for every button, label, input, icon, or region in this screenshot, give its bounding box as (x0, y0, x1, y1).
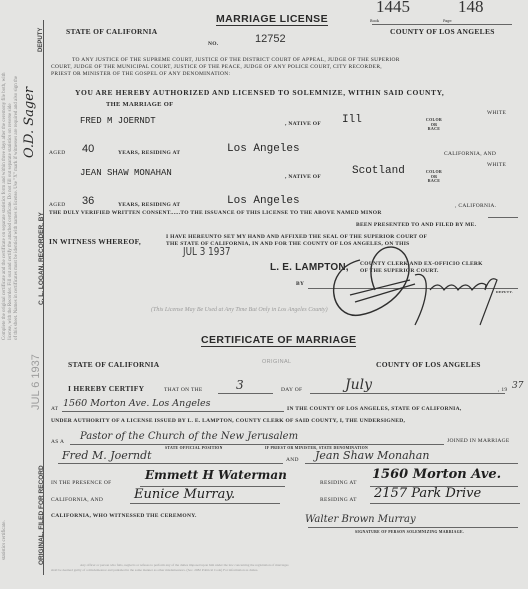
ceremony-month: July (345, 377, 372, 393)
certificate-county: COUNTY OF LOS ANGELES (376, 360, 481, 369)
groom-name: FRED M JOERNDT (80, 116, 156, 126)
address-line: TO ANY JUSTICE OF THE SUPREME COURT, JUS… (72, 57, 400, 63)
footer-note: shall be deemed guilty of a misdemeanor … (51, 568, 258, 572)
margin-instructions-line: of this sheet. Names in certificates mus… (14, 10, 20, 340)
certificate-original-label: ORIGINAL (262, 359, 291, 365)
bride-signature: Jean Shaw Monahan (315, 449, 429, 462)
witness2-residing-label: RESIDING AT (320, 497, 357, 503)
california-and-label: CALIFORNIA, AND (51, 497, 103, 503)
groom-native-label: , NATIVE OF (285, 121, 321, 127)
address-line: PRIEST OR MINISTER OF THE GOSPEL OF ANY … (51, 71, 230, 77)
consent-rule (488, 217, 518, 218)
license-county: COUNTY OF LOS ANGELES (390, 27, 495, 36)
groom-california-and: CALIFORNIA, AND (444, 151, 496, 157)
groom-residing-label: YEARS, RESIDING AT (118, 150, 180, 156)
margin-filed-date: JUL 6 1937 (30, 354, 42, 410)
bride-aged-label: AGED (49, 202, 65, 208)
ceremony-year: 37 (512, 381, 523, 391)
groom-aged-label: AGED (49, 150, 65, 156)
bride-native-label: , NATIVE OF (285, 174, 321, 180)
by-label: BY (296, 281, 304, 287)
at-label: AT (51, 406, 58, 412)
marriage-record-document: DEPUTY C. L. LOGAN, RECORDER, BY O.D. Sa… (0, 0, 528, 589)
marriage-of-label: THE MARRIAGE OF (106, 101, 173, 108)
witness1-name: Emmett H Waterman (145, 468, 287, 482)
footer-note: Any officer or person who fails, neglect… (80, 563, 289, 567)
month-line (310, 393, 505, 394)
groom-native-of: Ill (342, 114, 362, 126)
bride-residing-label: YEARS, RESIDING AT (118, 202, 180, 208)
consent-line: BEEN PRESENTED TO AND FILED BY ME. (356, 222, 476, 228)
position-line (70, 444, 444, 445)
place-line (62, 411, 284, 412)
in-county-text: IN THE COUNTY OF LOS ANGELES, STATE OF C… (287, 406, 462, 412)
certificate-title: CERTIFICATE OF MARRIAGE (201, 334, 356, 347)
witness2-address: 2157 Park Drive (374, 486, 481, 501)
margin-instructions-line: statistics certificate. (2, 520, 8, 560)
groom-signature: Fred M. Joerndt (62, 449, 152, 462)
witness1-residing-label: RESIDING AT (320, 480, 357, 486)
that-on-the-label: THAT ON THE (164, 387, 203, 393)
witness2-line (130, 503, 280, 504)
officiant-signature-caption: SIGNATURE OF PERSON SOLEMNIZING MARRIAGE… (355, 530, 464, 534)
witness2-address-line (370, 503, 520, 504)
margin-instructions: Complete the original certificate and th… (2, 10, 20, 340)
joined-in-marriage-label: JOINED IN MARRIAGE (447, 438, 510, 444)
authority-text: UNDER AUTHORITY OF A LICENSE ISSUED BY L… (51, 418, 405, 424)
ceremony-place: 1560 Morton Ave. Los Angeles (63, 398, 211, 409)
address-line: COURT, JUDGE OF THE MUNICIPAL COURT, JUS… (51, 64, 382, 70)
position-caption: STATE OFFICIAL POSITION (165, 446, 223, 450)
officiant-position: Pastor of the Church of the New Jerusale… (80, 431, 298, 442)
issue-date-stamp: JUL 3 1937 (183, 245, 231, 258)
deputy-signature-text: J. M. Goody (420, 272, 426, 273)
bride-signature-line (305, 463, 518, 464)
margin-recorder-initials: O.D. Sager (22, 87, 37, 158)
book-number: 1445 (376, 0, 410, 17)
license-no-label: NO. (208, 41, 219, 47)
bride-california: , CALIFORNIA. (455, 203, 496, 209)
as-a-label: AS A (51, 439, 64, 445)
year-prefix: , 19 (498, 387, 507, 393)
certify-label: I HEREBY CERTIFY (68, 384, 144, 393)
presence-label: IN THE PRESENCE OF (51, 480, 111, 486)
margin-recorder-label: C. L. LOGAN, RECORDER, BY (38, 212, 45, 305)
bride-color-label: COLOR OR RACE (425, 170, 443, 184)
bride-age: 36 (82, 195, 94, 207)
day-of-label: DAY OF (281, 387, 302, 393)
margin-instructions-lower: statistics certificate. (2, 520, 8, 560)
day-line (218, 393, 273, 394)
witnessed-ceremony-text: CALIFORNIA, WHO WITNESSED THE CEREMONY. (51, 513, 197, 519)
margin-deputy-label: DEPUTY (38, 28, 44, 52)
groom-race: WHITE (487, 110, 506, 116)
authorization-statement: YOU ARE HEREBY AUTHORIZED AND LICENSED T… (75, 88, 444, 97)
deputy-signature (320, 240, 520, 330)
bride-name: JEAN SHAW MONAHAN (80, 168, 172, 178)
witness2-name: Eunice Murray. (134, 487, 235, 502)
officiant-signature-line (308, 527, 518, 528)
consent-line: THE DULY VERIFIED WRITTEN CONSENT......T… (49, 210, 382, 216)
margin-filed-label: ORIGINAL, FILED FOR RECORD (38, 465, 45, 565)
page-number: 148 (458, 0, 484, 17)
groom-age: 40 (82, 143, 94, 155)
witness1-address: 1560 Morton Ave. (372, 467, 501, 482)
ceremony-day: 3 (236, 378, 244, 392)
page-label: Page (443, 19, 452, 23)
license-title: MARRIAGE LICENSE (216, 13, 328, 26)
certificate-state: STATE OF CALIFORNIA (68, 360, 159, 369)
bride-native-of: Scotland (352, 165, 405, 177)
license-usage-note: (This License May Be Used at Any Time Bu… (151, 307, 328, 313)
bride-residence: Los Angeles (227, 195, 300, 207)
groom-residence: Los Angeles (227, 143, 300, 155)
bride-race: WHITE (487, 162, 506, 168)
groom-color-label: COLOR OR RACE (425, 118, 443, 132)
groom-signature-line (58, 463, 283, 464)
license-state: STATE OF CALIFORNIA (66, 27, 157, 36)
book-page-rule (372, 24, 512, 25)
officiant-signature: Walter Brown Murray (305, 514, 416, 525)
and-label: AND (286, 457, 299, 463)
license-number: 12752 (255, 33, 286, 45)
witness-whereof-label: IN WITNESS WHEREOF, (49, 237, 141, 246)
book-label: Book (370, 19, 379, 23)
